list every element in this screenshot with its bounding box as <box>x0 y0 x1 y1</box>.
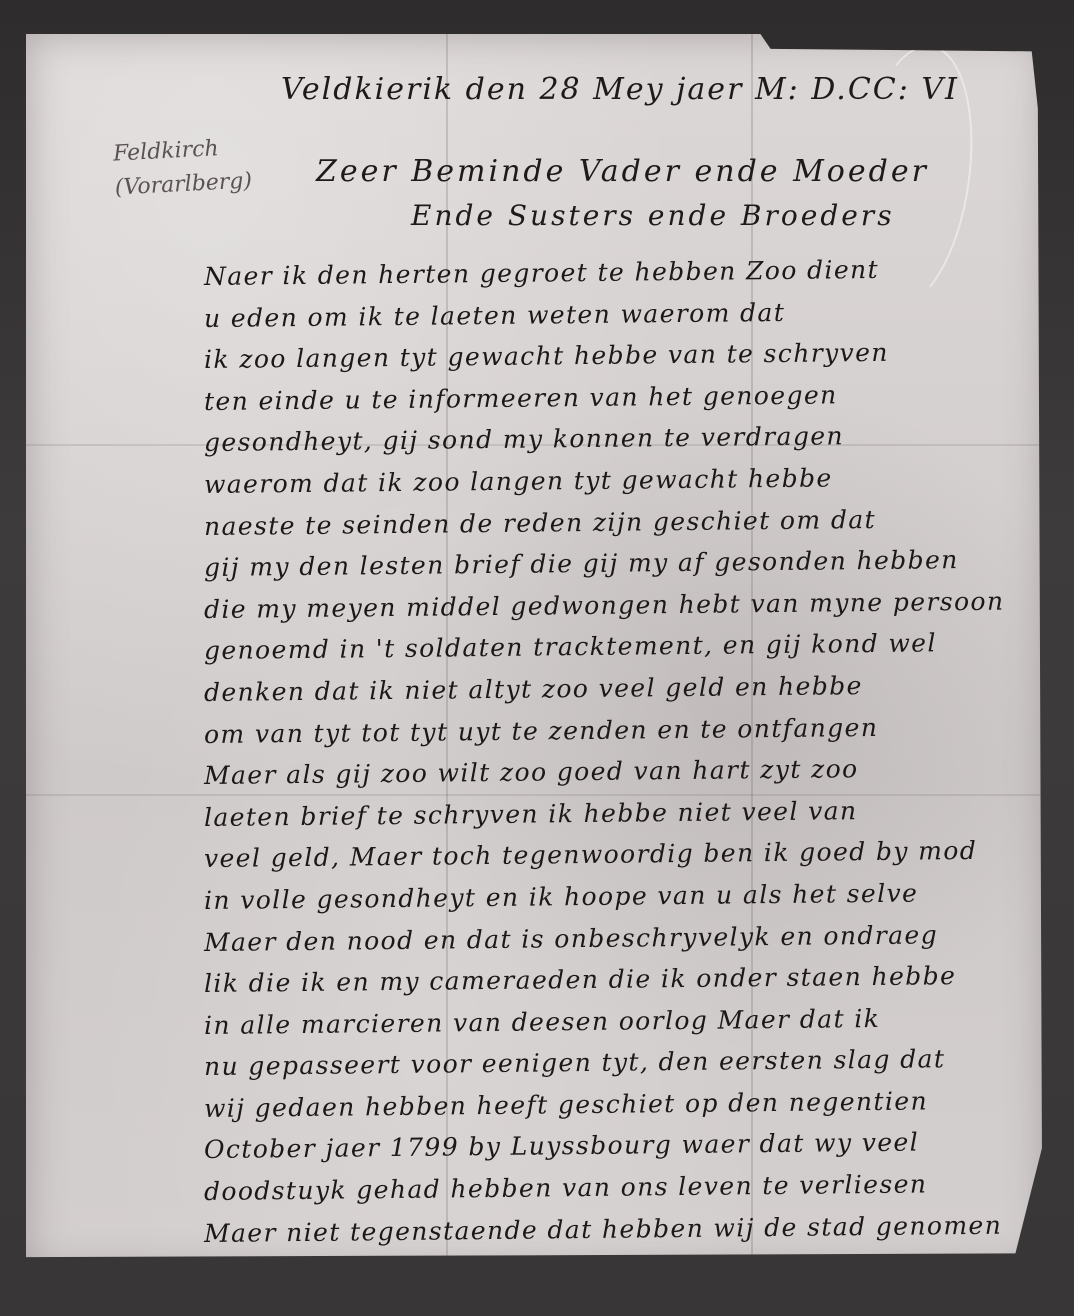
salutation-line: Ende Susters ende Broeders <box>411 199 895 232</box>
margin-annotation: Feldkirch (Vorarlberg) <box>112 130 253 205</box>
letter-body: Naer ik den herten gegroet te hebben Zoo… <box>204 256 1064 1254</box>
annotation-line: (Vorarlberg) <box>114 164 253 205</box>
body-line: Maer niet tegenstaende dat hebben wij de… <box>204 1204 1064 1255</box>
photo-background: Feldkirch (Vorarlberg) Veldkierik den 28… <box>0 0 1074 1316</box>
dateline: Veldkierik den 28 Mey jaer M: D.CC: VI <box>281 72 959 107</box>
salutation-line: Zeer Beminde Vader ende Moeder <box>316 154 929 189</box>
letter-page: Feldkirch (Vorarlberg) Veldkierik den 28… <box>26 34 1046 1272</box>
